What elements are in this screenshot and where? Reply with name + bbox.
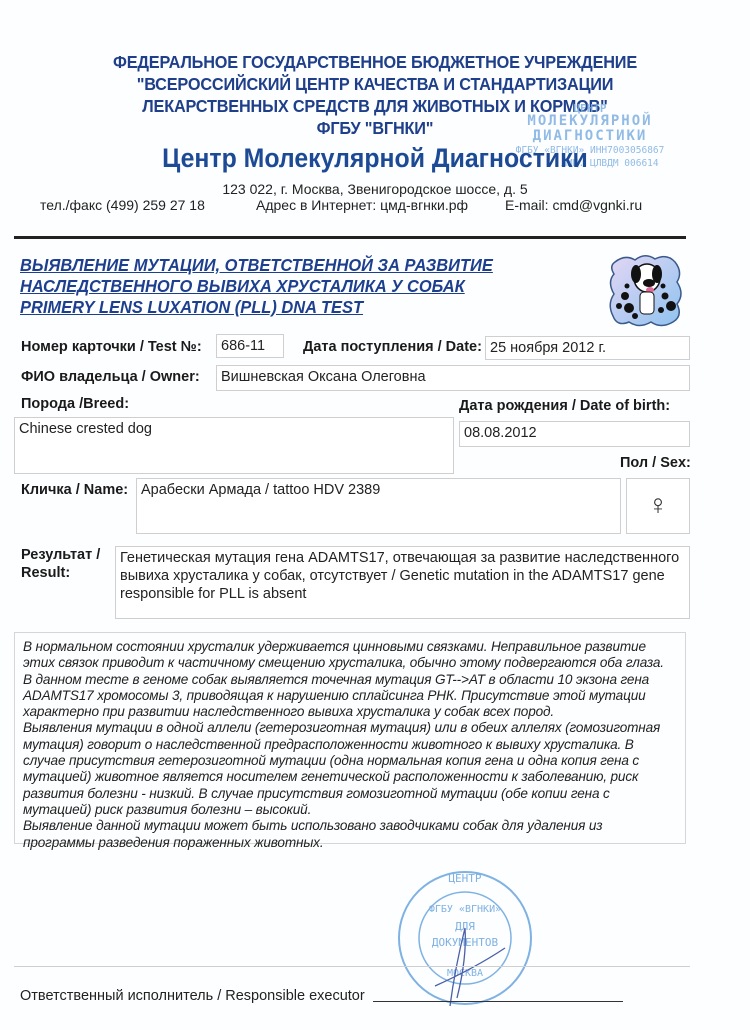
date-received-field: 25 ноября 2012 г. [485,336,690,360]
note-line: мутация) говорит о наследственной предра… [23,737,677,753]
note-line: программы разведения пораженных животных… [23,835,677,851]
test-number-label: Номер карточки / Test №: [21,339,202,355]
executor-label: Ответственный исполнитель / Responsible … [20,988,365,1004]
sex-label: Пол / Sex: [620,455,691,471]
phone: тел./факс (499) 259 27 18 [40,197,205,213]
signature-line [373,1001,623,1002]
round-stamp: ЦЕНТР ДЛЯ ДОКУМЕНТОВ ФГБУ «ВГНКИ» МОСКВА [395,868,535,1008]
note-line: В данном тесте в геноме собак выявляется… [23,672,677,688]
test-title-line-2: НАСЛЕДСТВЕННОГО ВЫВИХА ХРУСТАЛИКА У СОБА… [20,276,465,297]
note-line: В нормальном состоянии хрусталик удержив… [23,639,677,655]
note-line: Выявления мутации в одной аллели (гетеро… [23,720,677,736]
header-divider [14,236,686,239]
dalmatian-dog-logo [605,250,687,330]
svg-text:ЦЕНТР: ЦЕНТР [448,872,481,885]
org-name-line-1: ФЕДЕРАЛЬНОЕ ГОСУДАРСТВЕННОЕ БЮДЖЕТНОЕ УЧ… [26,51,724,73]
note-line: ADAMTS17 хромосомы 3, приводящая к наруш… [23,688,677,704]
owner-field: Вишневская Оксана Олеговна [216,365,690,391]
test-title-line-1: ВЫЯВЛЕНИЕ МУТАЦИИ, ОТВЕТСТВЕННОЙ ЗА РАЗВ… [20,255,493,276]
note-line: мутацией) риск развития болезни – высоки… [23,802,677,818]
breed-label: Порода /Breed: [21,396,129,412]
note-line: характерно при развитии наследственного … [23,704,677,720]
test-title-line-3: PRIMERY LENS LUXATION (PLL) DNA TEST [20,297,363,318]
breed-field: Chinese crested dog [14,417,454,474]
owner-label: ФИО владельца / Owner: [21,369,200,385]
result-label-line: Result: [21,564,100,582]
name-label: Кличка / Name: [21,482,128,498]
name-field: Арабески Армада / tattoo HDV 2389 [136,478,621,534]
note-line: развития болезни - низкий. В случае прис… [23,786,677,802]
address: 123 022, г. Москва, Звенигородское шоссе… [0,181,750,197]
test-number-field: 686-11 [216,334,284,358]
explanation-notes: В нормальном состоянии хрусталик удержив… [14,632,686,844]
note-line: этих связок приводит к частичному смещен… [23,655,677,671]
date-of-birth-label: Дата рождения / Date of birth: [459,398,670,414]
note-line: случае присутствия гетерозиготной мутаци… [23,753,677,769]
note-line: Выявление данной мутации может быть испо… [23,818,677,834]
stamp-line: МОЛЕКУЛЯРНОЙ [490,114,690,129]
result-field: Генетическая мутация гена ADAMTS17, отве… [115,546,690,619]
center-name: Центр Молекулярной Диагностики [30,143,720,174]
email-link[interactable]: E-mail: cmd@vgnki.ru [505,197,642,213]
date-of-birth-field: 08.08.2012 [459,421,690,447]
org-name-line-2: "ВСЕРОССИЙСКИЙ ЦЕНТР КАЧЕСТВА И СТАНДАРТ… [26,73,724,95]
website-link[interactable]: Адрес в Интернет: цмд-вгнки.рф [256,197,468,213]
footer-divider [14,966,690,967]
date-received-label: Дата поступления / Date: [303,339,482,355]
result-label-line: Результат / [21,546,100,564]
svg-text:ФГБУ «ВГНКИ»: ФГБУ «ВГНКИ» [429,904,501,915]
result-label: Результат / Result: [21,546,100,582]
female-symbol-icon: ♀ [626,478,690,534]
note-line: мутацией) животное является носителем ге… [23,769,677,785]
stamp-line: ДИАГНОСТИКИ [490,129,690,144]
